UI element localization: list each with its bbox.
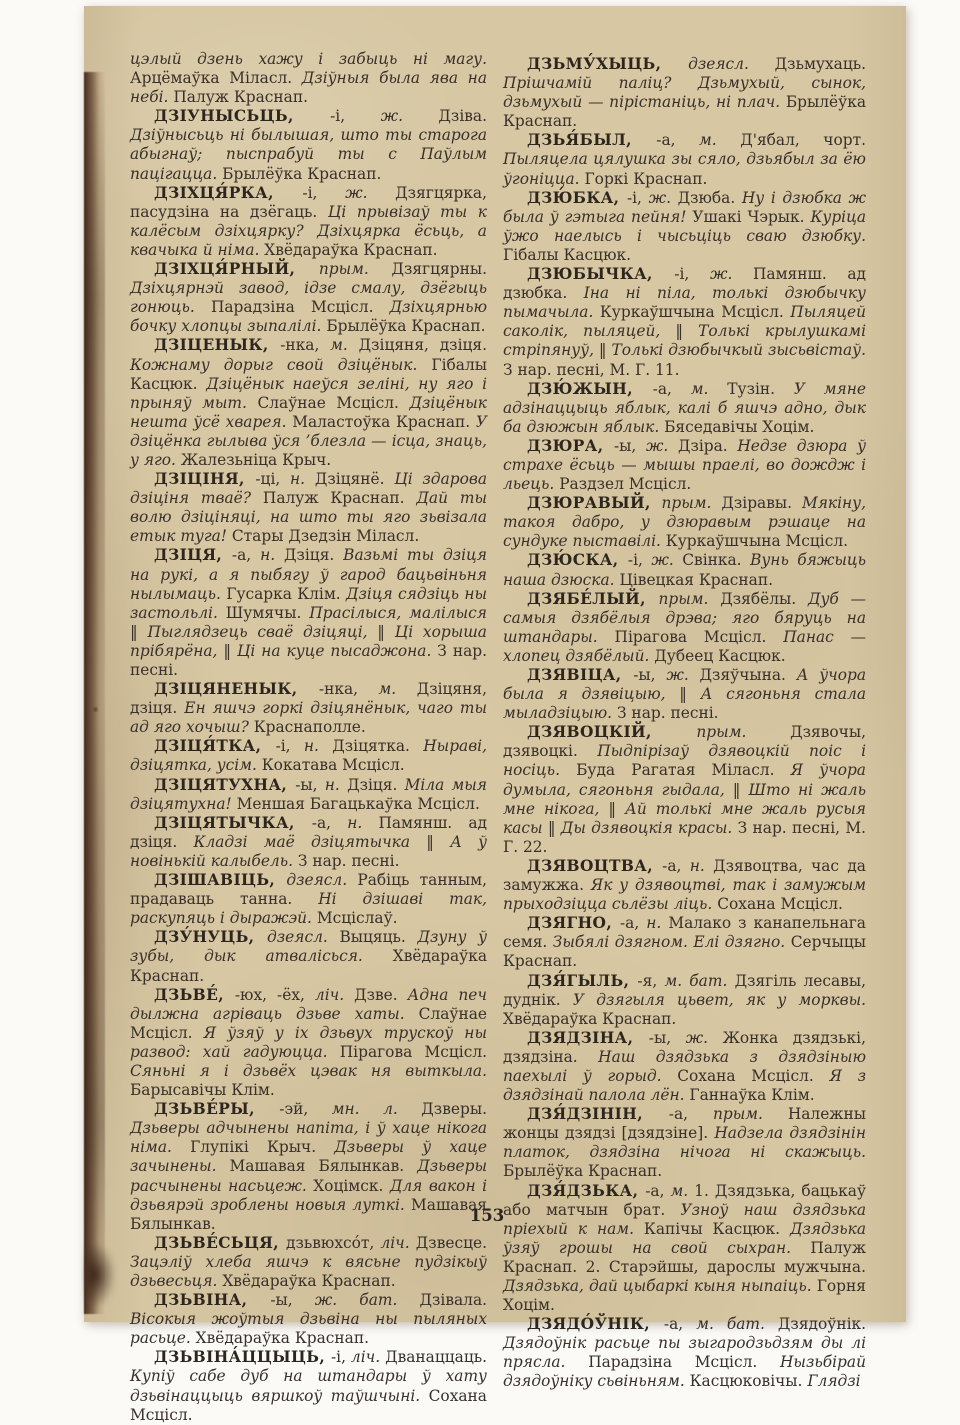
plain-text: -і, — [276, 737, 304, 755]
headword: ДЗЯВОЦКІЙ, — [527, 723, 696, 741]
headword: ДЗЯВІЦА, — [527, 666, 633, 684]
headword: ДЗЯВОЦТВА, — [527, 857, 662, 875]
dictionary-entry: цэлый дзень хажу і забыць ні магу. Арцём… — [130, 50, 487, 107]
plain-text: Хвёдараўка Краснап. — [264, 241, 437, 259]
dictionary-entry: ДЗЯВОЦТВА, -а, н. Дзявоцтва, час да заму… — [503, 857, 866, 914]
dictionary-entry: ДЗІЦЕНЫК, -нка, м. Дзіцяня, дзіця. Кожна… — [130, 336, 487, 470]
dictionary-entry: ДЗІУНЫСЬЦЬ, -і, ж. Дзіва. Дзіўнысьць ні … — [130, 107, 487, 183]
plain-text: Мсціслаў. — [317, 909, 398, 927]
book-spine-shadow — [84, 72, 105, 1314]
plain-text: Хвёдараўка Краснап. — [503, 1010, 676, 1028]
plain-text: Дзіцяня, дзіця. — [359, 336, 487, 354]
example-text: н. — [290, 470, 315, 488]
paper-speck — [92, 706, 99, 713]
plain-text: Дзіцятка. — [332, 737, 423, 755]
page-number: 153 — [447, 1206, 527, 1225]
plain-text: Дзядоўнік. — [778, 1315, 866, 1333]
headword: ДЗІЦЕНЫК, — [154, 336, 280, 354]
example-text: ж. — [381, 107, 439, 125]
plain-text: Капічы Касцюк. — [644, 1220, 790, 1238]
headword: ДЗУ́НУЦЬ, — [154, 928, 267, 946]
dictionary-entry: ДЗЬЯ́БЫЛ, -а, м. Д'ябал, чорт. Пыляцела … — [503, 131, 866, 188]
plain-text: -ы, — [270, 1291, 314, 1309]
plain-text: Брылёўка Краснап. — [503, 1162, 662, 1180]
plain-text: Куркаўшчына Мсцісл. — [666, 532, 848, 550]
plain-text: Буда Рагатая Міласл. — [576, 761, 791, 779]
plain-text: -а, — [312, 814, 347, 832]
dictionary-entry: ДЗЯ́ДЗІНІН, -а, прым. Належны жонцы дзяд… — [503, 1105, 866, 1181]
plain-text: -ы, — [633, 666, 666, 684]
plain-text: дзьвюхсо́т, — [286, 1234, 380, 1252]
plain-text: Гусарка Клім. — [226, 585, 346, 603]
headword: ДЗЯДО́ЎНІК, — [527, 1315, 664, 1333]
plain-text: Глупікі Крыч. — [190, 1138, 334, 1156]
plain-text: Арцёмаўка Міласл. — [130, 69, 302, 87]
plain-text: -ы, — [614, 437, 646, 455]
plain-text: Хвёдараўка Краснап. — [196, 1329, 369, 1347]
plain-text: Дзівала. — [420, 1291, 488, 1309]
plain-text: Дзябёлы. — [720, 590, 808, 608]
example-text: ліч. — [315, 986, 354, 1004]
plain-text: Маластоўка Краснап. — [292, 413, 476, 431]
plain-text: Пірагова Мсцісл. — [340, 1043, 487, 1061]
left-column: цэлый дзень хажу і забыць ні магу. Арцём… — [130, 50, 487, 1347]
example-text: м. — [330, 336, 358, 354]
plain-text: -і, — [330, 107, 380, 125]
plain-text: Бяседавічы Хоцім. — [664, 418, 814, 436]
headword: ДЗЮРАВЫЙ, — [527, 494, 662, 512]
example-text: дзеясл. — [286, 871, 357, 889]
headword: ДЗЮ́СКА, — [527, 551, 628, 569]
headword: ДЗІУНЫСЬЦЬ, — [154, 107, 330, 125]
plain-text: -а, — [232, 546, 260, 564]
plain-text: -эй, — [279, 1100, 332, 1118]
headword: ДЗЮРА, — [527, 437, 614, 455]
dictionary-entry: ДЗУ́НУЦЬ, дзеясл. Выцяць. Дзуну ў зубы, … — [130, 928, 487, 985]
dictionary-entry: ДЗІХЦЯ́РКА, -і, ж. Дзягцярка, пасудзіна … — [130, 184, 487, 260]
dictionary-entry: ДЗІЦЯНЕНЫК, -нка, м. Дзіцяня, дзіця. Ен … — [130, 680, 487, 737]
plain-text: Шумячы. — [226, 604, 310, 622]
plain-text: -і, — [628, 551, 652, 569]
plain-text: З нар. песні, М. Г. 11. — [503, 361, 680, 379]
dictionary-entry: ДЗЮ́СКА, -і, ж. Свінка. Вунь бяжыць наша… — [503, 551, 866, 589]
dictionary-entry: ДЗЯДО́ЎНІК, -а, м. бат. Дзядоўнік. Дзядо… — [503, 1315, 866, 1347]
plain-text: Слаўнае Мсцісл. — [257, 394, 409, 412]
dictionary-entry: ДЗЯ́ГЫЛЬ, -я, м. бат. Дзягіль лесавы, ду… — [503, 972, 866, 1029]
headword: ДЗЮ́ЖЫН, — [527, 380, 653, 398]
example-text: ж. — [686, 1029, 723, 1047]
headword: ДЗІЦЯНЕНЫК, — [154, 680, 319, 698]
headword: ДЗЯ́ГЫЛЬ, — [527, 972, 637, 990]
plain-text: -а, — [664, 1315, 696, 1333]
plain-text: -я, — [637, 972, 664, 990]
example-text: м. — [671, 1182, 695, 1200]
plain-text: Хоцімск. — [313, 1177, 390, 1195]
dictionary-entry: ДЗЮ́БКА, -і, ж. Дзюба. Ну і дзюбка ж был… — [503, 189, 866, 265]
example-text: Зыбялі дзягном. Елі дзягно. — [553, 933, 791, 951]
dictionary-entry: ДЗЬМУ́ХЫЦЬ, дзеясл. Дзьмухаць. Прішчамій… — [503, 55, 866, 131]
example-text: прым. — [659, 590, 721, 608]
plain-text: З нар. песні. — [298, 852, 400, 870]
plain-text: Дзіцянё. — [315, 470, 394, 488]
example-text: н. — [260, 546, 284, 564]
plain-text: Дзіця. — [347, 776, 405, 794]
example-text: ж. — [649, 189, 678, 207]
right-column: ДЗЬМУ́ХЫЦЬ, дзеясл. Дзьмухаць. Прішчамій… — [503, 55, 866, 1347]
plain-text: Хвёдараўка Краснап. — [222, 1272, 395, 1290]
plain-text: -і, — [627, 189, 649, 207]
example-text: н. — [646, 914, 668, 932]
plain-text: -нка, — [280, 336, 330, 354]
plain-text: -ы, — [649, 1029, 686, 1047]
headword: ДЗІЦЯТЫЧКА, — [154, 814, 312, 832]
plain-text: -а, — [645, 1182, 670, 1200]
headword: ДЗІЦЯ, — [154, 546, 232, 564]
headword: ДЗЯДЗІНА, — [527, 1029, 649, 1047]
headword: ДЗІЦЯ́ТКА, — [154, 737, 276, 755]
plain-text: Дзіравы. — [721, 494, 802, 512]
example-text: Кожнаму дорыг свой дзіцёнык. — [130, 356, 431, 374]
example-text: ж. — [345, 184, 395, 202]
headword: ДЗЬВЕ́СЬЦЯ, — [154, 1234, 286, 1252]
headword: ДЗІЦІНЯ, — [154, 470, 255, 488]
dictionary-entry: ДЗЮ́ЖЫН, -а, м. Тузін. У мяне адзінаццыц… — [503, 380, 866, 437]
headword: ДЗЯ́ДЗІНІН, — [527, 1105, 669, 1123]
plain-text: -і, — [674, 265, 710, 283]
example-text: н. — [347, 814, 378, 832]
plain-text: Ганнаўка Клім. — [689, 1086, 814, 1104]
dictionary-entry: ДЗІЦЯ, -а, н. Дзіця. Вазьмі ты дзіця на … — [130, 546, 487, 680]
plain-text: Дзьмухаць. — [775, 55, 866, 73]
dictionary-entry: ДЗЬВЕ́СЬЦЯ, дзьвюхсо́т, ліч. Дзвесце. За… — [130, 1234, 487, 1291]
headword: ДЗЮБЫЧКА, — [527, 265, 674, 283]
plain-text: Сохана Мсцісл. — [717, 895, 843, 913]
plain-text: Жалезьніца Крыч. — [181, 451, 331, 469]
plain-text: Машавая Бялынкав. — [230, 1157, 418, 1175]
plain-text: Тузін. — [727, 380, 794, 398]
plain-text: Дзвесце. — [416, 1234, 487, 1252]
example-text: дзеясл. — [688, 55, 775, 73]
example-text: Сяньні я і дзьвёх цэвак ня выткыла. — [130, 1062, 487, 1080]
dictionary-entry: ДЗЯДЗІНА, -ы, ж. Жонка дзядзькі, дзядзін… — [503, 1029, 866, 1105]
plain-text: -а, — [656, 131, 699, 149]
headword: ДЗЬВЕ́, — [154, 986, 235, 1004]
plain-text: Парадзіна Мсцісл. — [211, 298, 390, 316]
plain-text: -ы, — [295, 776, 325, 794]
example-text: прым. — [713, 1105, 788, 1123]
dictionary-entry: ДЗЯВІЦА, -ы, ж. Дзяўчына. А ўчора была я… — [503, 666, 866, 723]
dictionary-entry: ДЗЯВОЦКІЙ, прым. Дзявочы, дзявоцкі. Пыдп… — [503, 723, 866, 857]
example-text: н. — [325, 776, 347, 794]
headword: ДЗЯБЕ́ЛЫЙ, — [527, 590, 659, 608]
plain-text: Дзіця. — [284, 546, 343, 564]
example-text: м. бат. — [664, 972, 734, 990]
example-text: Дзядзька, дай цыбаркі кыня ныпаіць. — [503, 1277, 817, 1295]
plain-text: -і, — [302, 184, 345, 202]
dictionary-entry: ДЗЯБЕ́ЛЫЙ, прым. Дзябёлы. Дуб — самыя дз… — [503, 590, 866, 666]
plain-text: Дзягцярны. — [391, 260, 487, 278]
plain-text: Выцяць. — [339, 928, 417, 946]
example-text: н. — [304, 737, 332, 755]
plain-text: Кокатава Мсцісл. — [262, 756, 405, 774]
plain-text: З нар. песні. — [617, 704, 719, 722]
example-text: ж. — [646, 437, 678, 455]
dictionary-entry: ДЗІЦЯТУХНА, -ы, н. Дзіця. Міла мыя дзіця… — [130, 776, 487, 814]
dictionary-entry: ДЗІЦЯТЫЧКА, -а, н. Памянш. ад дзіця. Кла… — [130, 814, 487, 871]
example-text: прым. — [319, 260, 392, 278]
corner-stain — [86, 1242, 116, 1308]
plain-text: Дзіра. — [678, 437, 737, 455]
plain-text: Дзве. — [354, 986, 408, 1004]
dictionary-entry: ДЗІХЦЯ́РНЫЙ, прым. Дзягцярны. Дзіхцярнэй… — [130, 260, 487, 336]
plain-text: Дзяўчына. — [700, 666, 797, 684]
dictionary-entry: ДЗЮРА, -ы, ж. Дзіра. Недзе дзюра ў страх… — [503, 437, 866, 494]
headword: ДЗЬВЕ́РЫ, — [154, 1100, 279, 1118]
headword: ДЗЬВІНА, — [154, 1291, 270, 1309]
plain-text: Д'ябал, чорт. — [740, 131, 866, 149]
example-text: прым. — [662, 494, 722, 512]
plain-text: Меншая Багацькаўка Мсцісл. — [237, 795, 480, 813]
dictionary-entry: ДЗЬВІНА, -ы, ж. бат. Дзівала. Вісокыя жо… — [130, 1291, 487, 1347]
example-text: ліч. — [380, 1234, 415, 1252]
dictionary-entry: ДЗЯГНО, -а, н. Малако з канапельнага сем… — [503, 914, 866, 971]
plain-text: Сохана Мсцісл. — [677, 1067, 829, 1085]
example-text: У дзягыля цьвет, як у морквы. — [573, 991, 866, 1009]
dictionary-entry: ДЗЮРАВЫЙ, прым. Дзіравы. Мякіну, такоя д… — [503, 494, 866, 551]
plain-text: Брылёўка Краснап. — [222, 165, 381, 183]
plain-text: Свінка. — [682, 551, 750, 569]
headword: ДЗІЦЯТУХНА, — [154, 776, 295, 794]
page-scan: цэлый дзень хажу і забыць ні магу. Арцём… — [84, 6, 906, 1322]
example-text: Дзядоўнік расьце пы зыгародзьдзям ды лі … — [503, 1334, 866, 1347]
plain-text: Куркаўшчына Мсцісл. — [600, 303, 790, 321]
plain-text: Цівецкая Краснап. — [619, 571, 773, 589]
plain-text: Дзіва. — [438, 107, 487, 125]
dictionary-entry: ДЗЬВЕ́, -юх, -ёх, ліч. Дзве. Адна печ ды… — [130, 986, 487, 1101]
plain-text: Раздзел Мсцісл. — [559, 475, 691, 493]
plain-text: Стары Дзедзін Міласл. — [232, 527, 419, 545]
dictionary-entry: ДЗЯ́ДЗЬКА, -а, м. 1. Дзядзька, бацькаў а… — [503, 1182, 866, 1316]
example-text: ж. — [651, 551, 682, 569]
plain-text: -ці, — [255, 470, 290, 488]
plain-text: Дзверы. — [421, 1100, 487, 1118]
plain-text: Горкі Краснап. — [584, 170, 707, 188]
example-text: ж. бат. — [315, 1291, 420, 1309]
plain-text: Краснаполле. — [254, 718, 366, 736]
dictionary-entry: ДЗІЦЯ́ТКА, -і, н. Дзіцятка. Ныраві, дзіц… — [130, 737, 487, 775]
plain-text: Палуж Краснап. — [263, 489, 416, 507]
example-text: ж. — [666, 666, 699, 684]
plain-text: -а, — [653, 380, 691, 398]
example-text: м. — [379, 680, 417, 698]
plain-text: Пірагова Мсцісл. — [615, 628, 784, 646]
headword: ДЗЬМУ́ХЫЦЬ, — [527, 55, 688, 73]
headword: ДЗЮ́БКА, — [527, 189, 627, 207]
example-text: мн. л. — [332, 1100, 422, 1118]
headword: ДЗЬЯ́БЫЛ, — [527, 131, 656, 149]
plain-text: Гібалы Касцюк. — [503, 246, 631, 264]
dictionary-entry: ДЗЮБЫЧКА, -і, ж. Памянш. ад дзюбка. Іна … — [503, 265, 866, 380]
plain-text: Брылёўка Краснап. — [326, 317, 485, 335]
example-text: дзеясл. — [267, 928, 339, 946]
plain-text: -нка, — [319, 680, 379, 698]
headword: ДЗІШАВІЦЬ, — [154, 871, 286, 889]
headword: ДЗЯГНО, — [527, 914, 620, 932]
example-text: ж. — [710, 265, 753, 283]
plain-text: -а, — [662, 857, 690, 875]
dictionary-entry: ДЗІШАВІЦЬ, дзеясл. Рабіць танным, прадав… — [130, 871, 487, 928]
example-text: м. бат. — [696, 1315, 778, 1333]
plain-text: -юх, -ёх, — [235, 986, 315, 1004]
example-text: цэлый дзень хажу і забыць ні магу. — [130, 50, 487, 68]
plain-text: Дзюба. — [678, 189, 742, 207]
dictionary-entry: ДЗЬВЕ́РЫ, -эй, мн. л. Дзверы. Дзьверы ад… — [130, 1100, 487, 1234]
plain-text: Палуж Краснап. — [173, 88, 308, 106]
example-text: м. — [699, 131, 740, 149]
headword: ДЗЯ́ДЗЬКА, — [527, 1182, 645, 1200]
headword: ДЗІХЦЯ́РКА, — [154, 184, 302, 202]
example-text: прым. — [696, 723, 790, 741]
plain-text: -а, — [669, 1105, 713, 1123]
plain-text: Дубеец Касцюк. — [654, 647, 785, 665]
example-text: м. — [691, 380, 727, 398]
plain-text: Барысавічы Клім. — [130, 1081, 275, 1099]
example-text: н. — [690, 857, 713, 875]
dictionary-entry: ДЗІЦІНЯ, -ці, н. Дзіцянё. Ці здарова дзі… — [130, 470, 487, 546]
plain-text: -а, — [620, 914, 646, 932]
plain-text: Ушакі Чэрык. — [692, 208, 810, 226]
headword: ДЗІХЦЯ́РНЫЙ, — [154, 260, 319, 278]
